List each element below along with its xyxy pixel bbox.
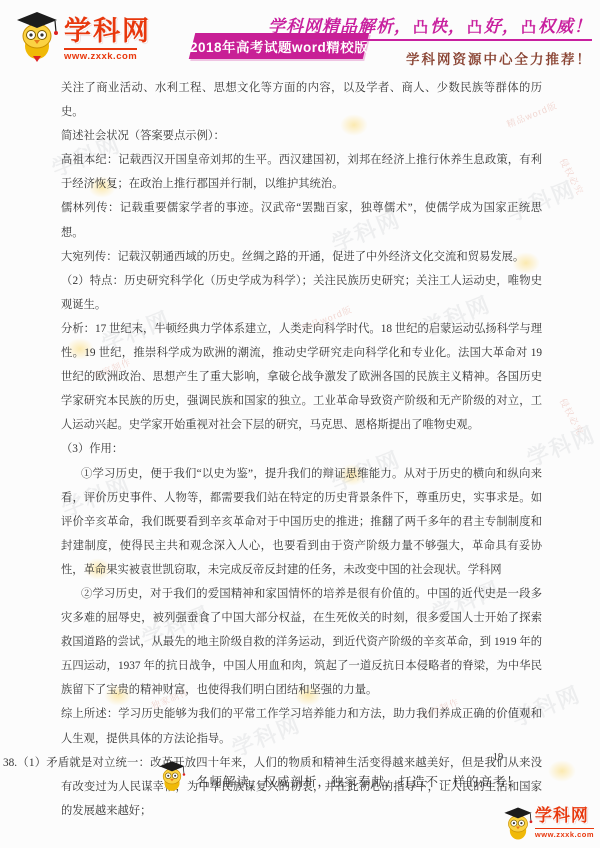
paragraph-3: 高祖本纪：记载西汉开国皇帝刘邦的生平。西汉建国初，刘邦在经济上推行休养生息政策，…: [61, 148, 542, 196]
watermark-blob: [548, 760, 576, 782]
paragraph-9: ①学习历史，便于我们“以史为鉴”，提升我们的辩证思维能力。从对于历史的横向和纵向…: [61, 462, 542, 582]
paragraph-2: 简述社会状况（答案要点示例）：: [61, 124, 542, 148]
thumbs-up-icon: 凸: [521, 16, 537, 37]
paragraph-8: （3）作用：: [61, 437, 542, 461]
logo-title: 学科网: [64, 18, 151, 45]
paragraph-11: 综上所述：学习历史能够为我们的平常工作学习培养能力和方法，助力我们养成正确的价值…: [61, 702, 542, 750]
promo-headline: 学科网精品解析，凸快，凸好，凸权威！: [268, 12, 592, 41]
paragraph-1: 关注了商业活动、水利工程、思想文化等方面的内容，以及学者、商人、少数民族等群体的…: [61, 76, 542, 124]
promo-word: 权威: [538, 17, 574, 36]
promo-word: 好，: [484, 17, 520, 36]
promo-suffix: ！: [574, 17, 592, 36]
paragraph-5: 大宛列传：记载汉朝通西域的历史。丝绸之路的开通，促进了中外经济文化交流和贸易发展…: [61, 245, 542, 269]
promo-subline: 学科网资源中心全力推荐！: [268, 48, 592, 68]
watermark-text: 侵权必究: [557, 156, 587, 197]
page-number: 19: [486, 752, 510, 763]
promo-word: 快，: [430, 17, 466, 36]
site-logo: 学科网 www.zxxk.com: [14, 10, 151, 64]
answer-text-block: 关注了商业活动、水利工程、思想文化等方面的内容，以及学者、商人、少数民族等群体的…: [61, 76, 542, 823]
logo-title: 学科网: [535, 807, 594, 824]
owl-mascot-icon: [14, 10, 60, 64]
paragraph-10: ②学习历史，对于我们的爱国精神和家国情怀的培养是很有价值的。中国的近代史是一段多…: [61, 582, 542, 702]
footer-slogan: 名师解读，权威剖析，独家奉献，打造不一样的高考！: [196, 772, 520, 790]
promo-prefix: 学科网精品解析，: [268, 17, 412, 36]
logo-url: www.zxxk.com: [64, 48, 137, 62]
site-logo-bottom: 学科网 www.zxxk.com: [503, 806, 594, 843]
paragraph-4: 儒林列传：记载重要儒家学者的事迹。汉武帝“罢黜百家，独尊儒术”，使儒学成为国家正…: [61, 196, 542, 244]
paragraph-6: （2）特点：历史研究科学化（历史学成为科学）；关注民族历史研究；关注工人运动史，…: [61, 269, 542, 317]
watermark-text: 侵权必究: [557, 396, 587, 437]
logo-url: www.zxxk.com: [535, 828, 594, 839]
paragraph-7: 分析：17 世纪末，牛顿经典力学体系建立，人类走向科学时代。18 世纪的启蒙运动…: [61, 317, 542, 437]
document-page: 学科网 学科网 学科网 学科网 学科网 学科网 学科网 学科网 学科网 学科网 …: [0, 0, 600, 848]
thumbs-up-icon: 凸: [467, 16, 483, 37]
owl-mascot-icon: [503, 806, 533, 843]
thumbs-up-icon: 凸: [413, 16, 429, 37]
owl-mascot-icon: [158, 760, 186, 794]
promo-block: 学科网精品解析，凸快，凸好，凸权威！ 学科网资源中心全力推荐！: [268, 12, 592, 68]
